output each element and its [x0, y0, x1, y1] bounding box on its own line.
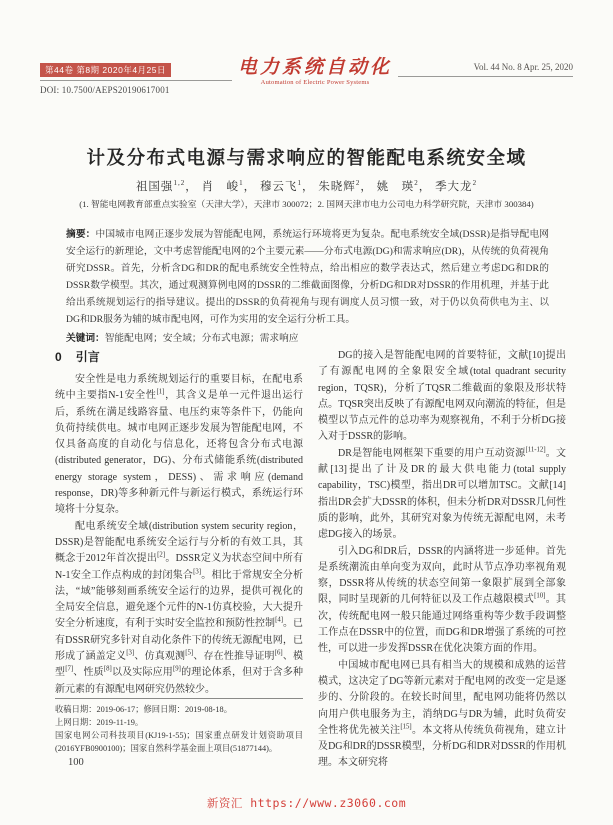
section-number: 0	[55, 350, 62, 364]
keywords-label: 关键词：	[66, 333, 105, 344]
author-name: 朱晓辉	[318, 181, 356, 193]
body-paragraph: DG的接入是智能配电网的首要特征，文献[10]提出了有源配电网的全象限安全域(t…	[318, 348, 566, 446]
column-right: DG的接入是智能配电网的首要特征，文献[10]提出了有源配电网的全象限安全域(t…	[318, 348, 566, 772]
paper-page: 第44卷 第8期 2020年4月25日 DOI: 10.7500/AEPS201…	[0, 0, 613, 825]
paper-title: 计及分布式电源与需求响应的智能配电系统安全域	[0, 144, 613, 170]
author: 祖国强1,2，	[136, 181, 198, 193]
body-paragraph: 引入DG和DR后，DSSR的内涵将进一步延伸。首先是系统潮流由单向变为双向，此时…	[318, 544, 566, 658]
journal-logo-en: Automation of Electric Power Systems	[232, 79, 398, 86]
header-right: Vol. 44 No. 8 Apr. 25, 2020	[398, 60, 573, 77]
abstract-label: 摘要：	[66, 229, 96, 240]
body-paragraph: 安全性是电力系统规划运行的重要目标，在配电系统中主要指N-1安全性[1]，其含义…	[55, 372, 303, 519]
header-rule-right	[398, 76, 573, 77]
author-sep: ，	[185, 181, 198, 193]
footnote-block: 收稿日期：2019-06-17；修回日期：2019-08-18。 上网日期：20…	[55, 698, 303, 755]
abstract-text: 中国城市电网正逐步发展为智能配电网，系统运行环境将更为复杂。配电系统安全域(DS…	[66, 229, 549, 325]
author: 季大龙2	[435, 181, 477, 193]
footnote-online-date: 上网日期：2019-11-19。	[55, 716, 303, 729]
keywords: 关键词：智能配电网；安全域；分布式电源；需求响应	[66, 330, 549, 347]
section-heading-introduction: 0引言	[55, 350, 303, 364]
author-name: 姚 瑛	[377, 181, 415, 193]
volume-text: Vol. 44 No. 8 Apr. 25, 2020	[398, 60, 573, 74]
author: 肖 峻1，	[202, 181, 257, 193]
doi-text: DOI: 10.7500/AEPS20190617001	[40, 85, 232, 95]
section-title: 引言	[76, 350, 100, 364]
author-line: 祖国强1,2， 肖 峻1， 穆云飞1， 朱晓辉2， 姚 瑛2， 季大龙2	[0, 178, 613, 194]
author-name: 祖国强	[136, 181, 174, 193]
author-affil-sup: 2	[473, 179, 478, 187]
header-left: 第44卷 第8期 2020年4月25日 DOI: 10.7500/AEPS201…	[40, 60, 232, 95]
issue-badge: 第44卷 第8期 2020年4月25日	[40, 63, 171, 77]
body-columns: 0引言 安全性是电力系统规划运行的重要目标，在配电系统中主要指N-1安全性[1]…	[55, 348, 566, 772]
body-paragraph: 中国城市配电网已具有相当大的规模和成熟的运营模式，这决定了DG等新元素对于配电网…	[318, 658, 566, 772]
abstract-block: 摘要：中国城市电网正逐步发展为智能配电网，系统运行环境将更为复杂。配电系统安全域…	[66, 226, 549, 347]
author-name: 季大龙	[435, 181, 473, 193]
author: 姚 瑛2，	[377, 181, 432, 193]
footnote-funding: 国家电网公司科技项目(KJ19-1-55)；国家重点研发计划资助项目(2016Y…	[55, 729, 303, 755]
affiliation-line: (1. 智能电网教育部重点实验室（天津大学），天津市 300072；2. 国网天…	[0, 197, 613, 210]
author: 朱晓辉2，	[318, 181, 373, 193]
author-sep: ，	[360, 181, 373, 193]
footnote-rule	[55, 698, 303, 699]
author-sep: ，	[302, 181, 315, 193]
header-rule-left	[40, 80, 232, 81]
journal-logo-cn: 电力系统自动化	[232, 58, 398, 78]
author-sep: ，	[419, 181, 432, 193]
footnote-received-date: 收稿日期：2019-06-17；修回日期：2019-08-18。	[55, 703, 303, 716]
body-paragraph: 配电系统安全域(distribution system security reg…	[55, 519, 303, 698]
author-name: 穆云飞	[260, 181, 298, 193]
watermark-link[interactable]: 新资汇 https://www.z3060.com	[0, 795, 613, 811]
author-name: 肖 峻	[202, 181, 240, 193]
body-paragraph: DR是智能电网框架下重要的用户互动资源[11-12]。文献[13]提出了计及DR…	[318, 446, 566, 544]
keywords-text: 智能配电网；安全域；分布式电源；需求响应	[105, 333, 299, 344]
author: 穆云飞1，	[260, 181, 315, 193]
abstract: 摘要：中国城市电网正逐步发展为智能配电网，系统运行环境将更为复杂。配电系统安全域…	[66, 226, 549, 328]
journal-logo: 电力系统自动化 Automation of Electric Power Sys…	[232, 58, 398, 86]
column-left: 0引言 安全性是电力系统规划运行的重要目标，在配电系统中主要指N-1安全性[1]…	[55, 348, 303, 755]
page-number: 100	[68, 757, 84, 768]
author-sep: ，	[244, 181, 257, 193]
author-affil-sup: 1,2	[173, 179, 185, 187]
journal-header: 第44卷 第8期 2020年4月25日 DOI: 10.7500/AEPS201…	[40, 60, 573, 95]
